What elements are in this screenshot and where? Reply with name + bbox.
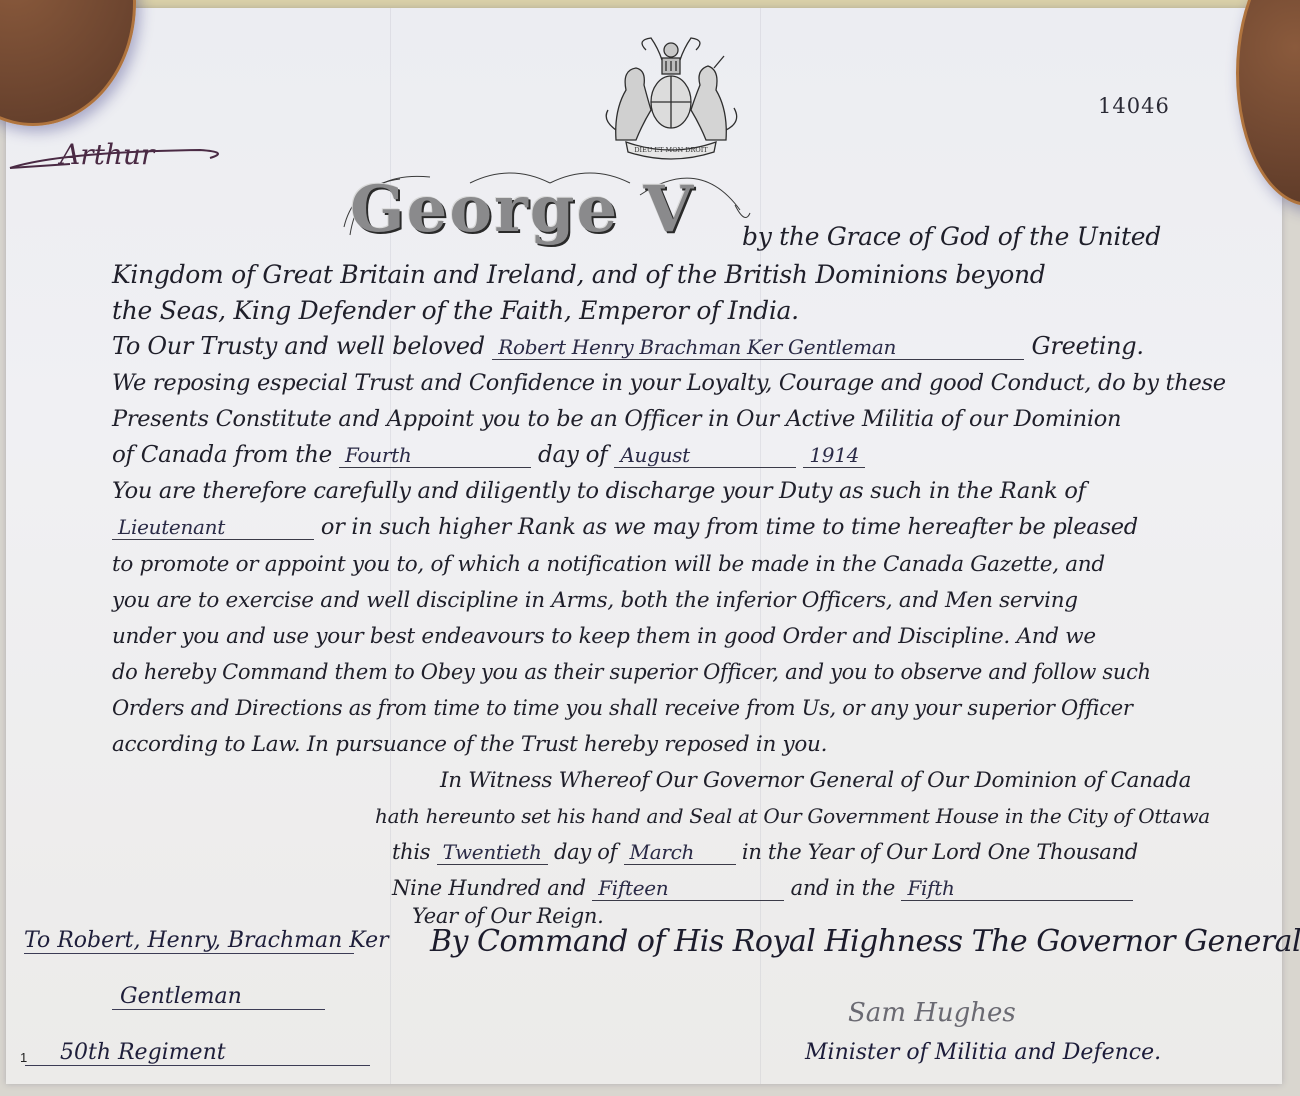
body-line-5: We reposing especial Trust and Confidenc… — [112, 370, 1226, 396]
svg-text:DIEU ET MON DROIT: DIEU ET MON DROIT — [634, 146, 708, 154]
greeting-suffix: Greeting. — [1032, 332, 1144, 360]
body-line-13: Orders and Directions as from time to ti… — [112, 696, 1133, 720]
address-unit: 50th Regiment — [25, 1040, 370, 1066]
royal-coat-of-arms-icon: DIEU ET MON DROIT — [596, 30, 746, 160]
minister-title: Minister of Militia and Defence. — [805, 1040, 1161, 1065]
document-heading-george-v: George V — [350, 172, 695, 247]
from-month-field: August — [614, 443, 796, 468]
day-of-label: day of — [538, 442, 607, 468]
from-prefix: of Canada from the — [112, 442, 332, 468]
rank-field: Lieutenant — [112, 515, 314, 540]
body-line-11: under you and use your best endeavours t… — [112, 624, 1096, 649]
greeting-line: To Our Trusty and well beloved Robert He… — [112, 332, 1144, 360]
witness-month-field: March — [624, 840, 736, 865]
address-recipient-name: To Robert, Henry, Brachman Ker — [24, 928, 354, 954]
from-year-field: 1914 — [803, 443, 865, 468]
body-line-7: You are therefore carefully and diligent… — [112, 478, 1086, 504]
fold-crease — [390, 8, 391, 1084]
serial-number: 14046 — [1098, 94, 1170, 118]
body-line-6: Presents Constitute and Appoint you to b… — [112, 406, 1121, 432]
body-line-10: you are to exercise and well discipline … — [112, 588, 1078, 613]
body-line-14: according to Law. In pursuance of the Tr… — [112, 732, 827, 757]
witness-date-line: this Twentieth day of March in the Year … — [392, 840, 1138, 865]
rank-line: Lieutenant or in such higher Rank as we … — [112, 514, 1138, 540]
address-title: Gentleman — [112, 984, 325, 1010]
signature-minister: Sam Hughes — [848, 998, 1016, 1028]
witness-line-2: hath hereunto set his hand and Seal at O… — [375, 804, 1210, 828]
body-line-9: to promote or appoint you to, of which a… — [112, 552, 1105, 577]
signature-flourish-icon — [0, 144, 230, 174]
fold-crease — [760, 8, 761, 1084]
effective-date-line: of Canada from the Fourth day of August … — [112, 442, 865, 468]
body-line-12: do hereby Command them to Obey you as th… — [112, 660, 1151, 684]
body-line-1: by the Grace of God of the United — [742, 222, 1161, 251]
appointee-name-field: Robert Henry Brachman Ker Gentleman — [492, 335, 1024, 360]
witness-line-1: In Witness Whereof Our Governor General … — [440, 768, 1191, 793]
rank-suffix: or in such higher Rank as we may from ti… — [321, 514, 1138, 540]
witness-year-field: Fifteen — [592, 876, 784, 901]
witness-day-field: Twentieth — [437, 840, 548, 865]
body-line-2: Kingdom of Great Britain and Ireland, an… — [112, 260, 1045, 289]
reign-year-field: Fifth — [901, 876, 1133, 901]
greeting-prefix: To Our Trusty and well beloved — [112, 332, 485, 360]
body-line-3: the Seas, King Defender of the Faith, Em… — [112, 296, 799, 325]
command-line: By Command of His Royal Highness The Gov… — [430, 924, 1300, 959]
witness-year-line: Nine Hundred and Fifteen and in the Fift… — [392, 876, 1133, 901]
signature-governor-general: Arthur — [60, 138, 154, 171]
from-day-field: Fourth — [339, 443, 531, 468]
